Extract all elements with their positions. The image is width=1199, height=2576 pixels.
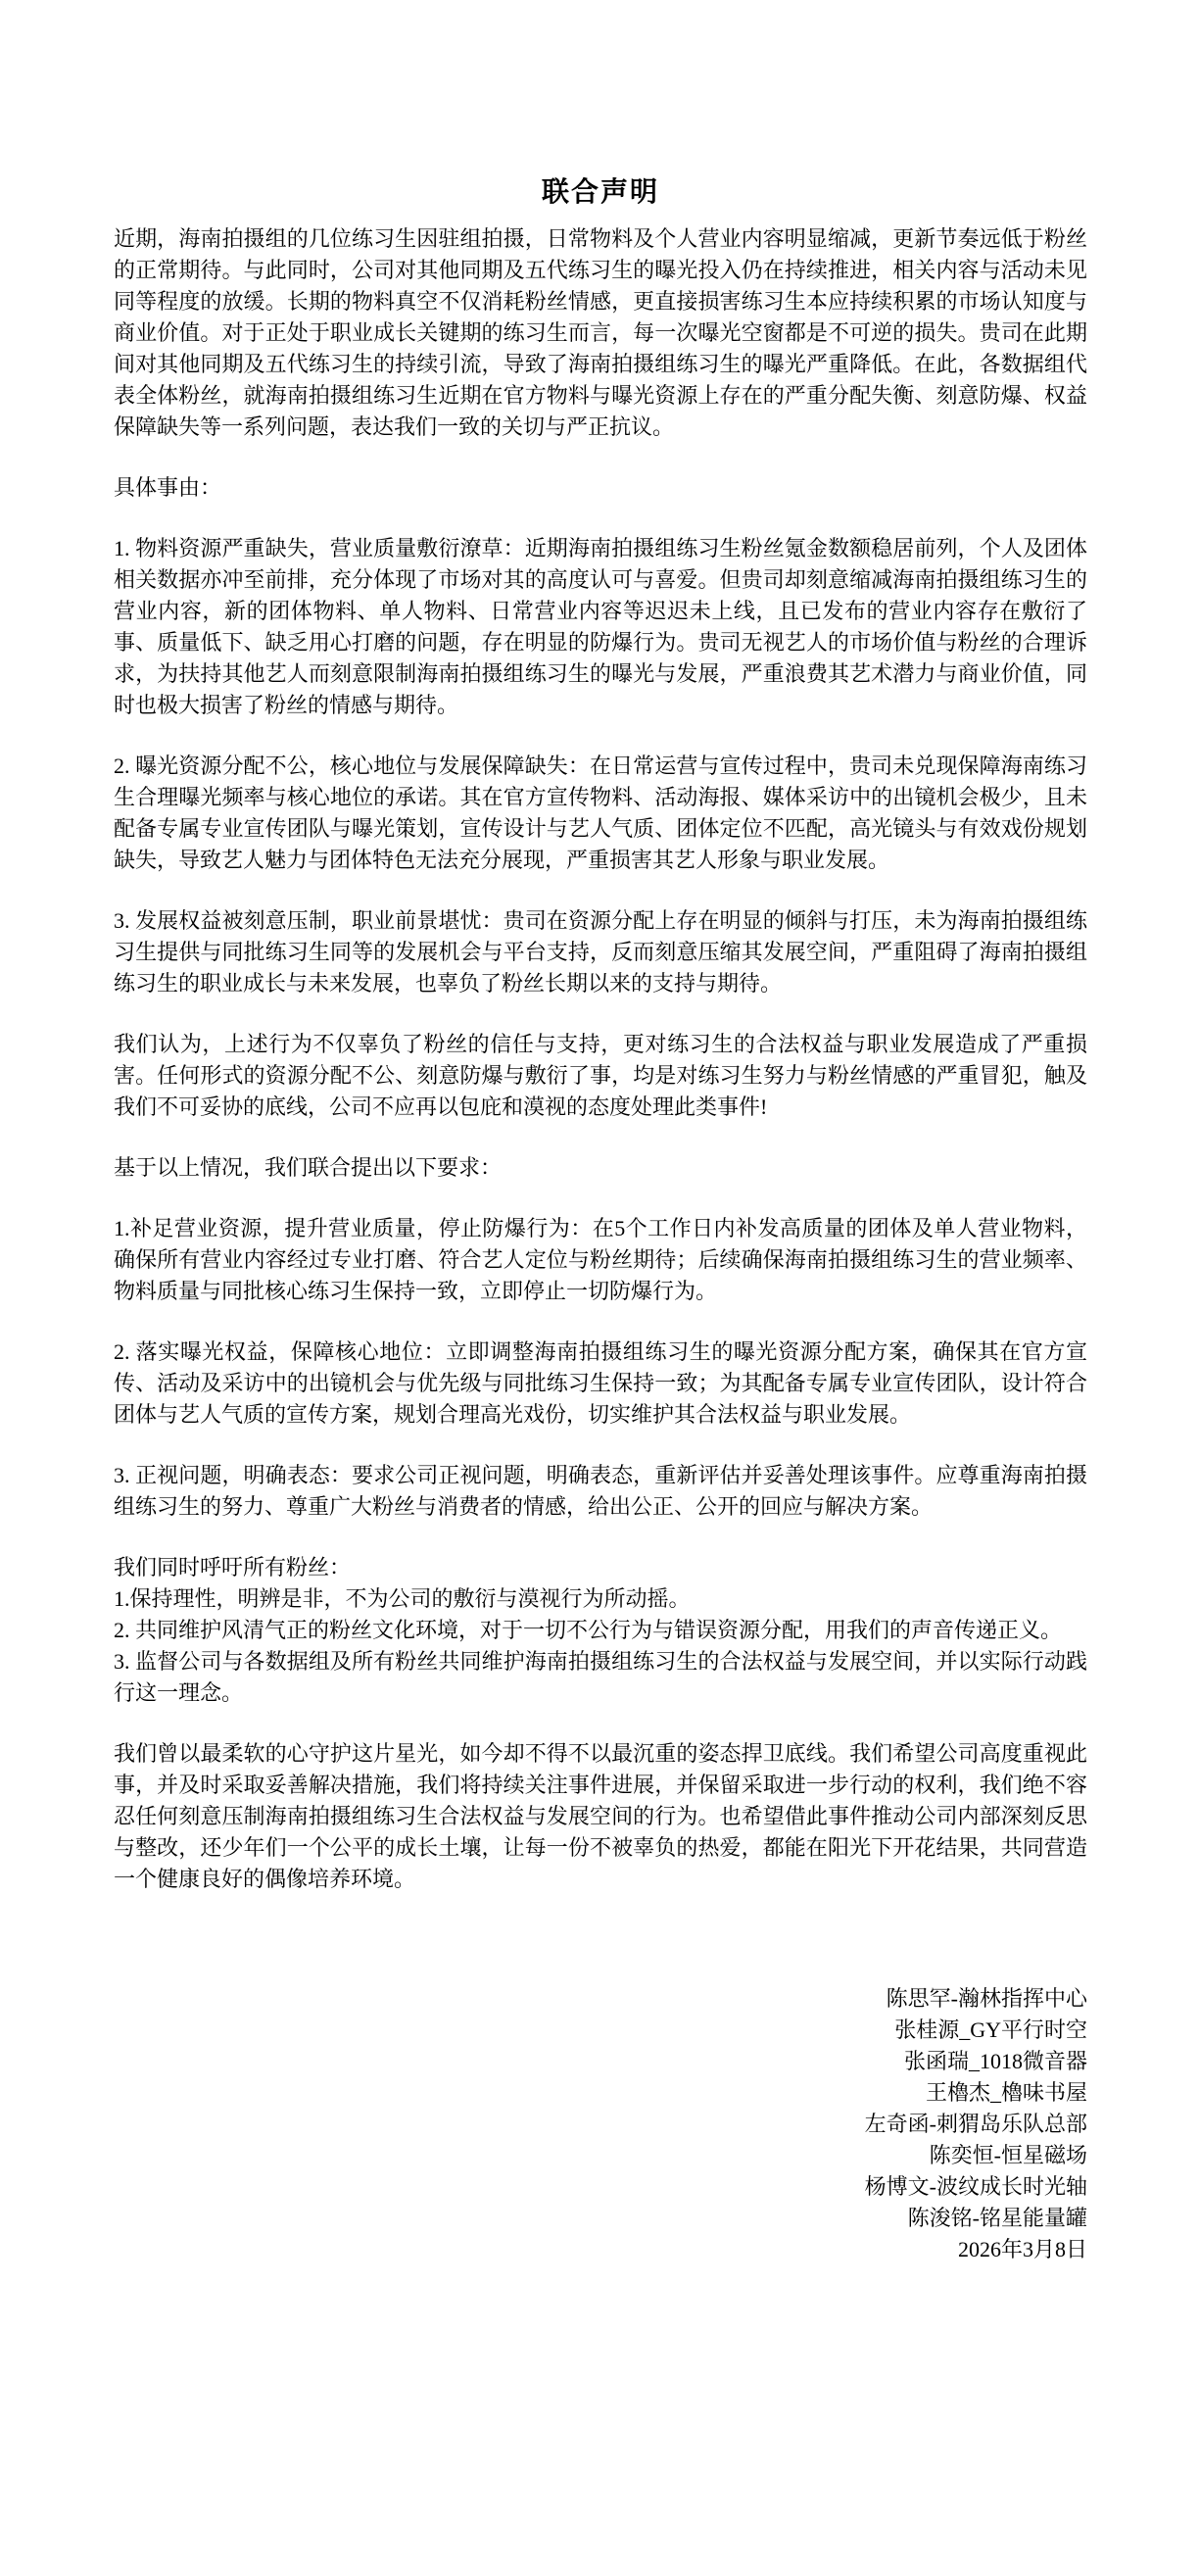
assessment-paragraph: 我们认为，上述行为不仅辜负了粉丝的信任与支持，更对练习生的合法权益与职业发展造成… (114, 1029, 1087, 1123)
intro-paragraph: 近期，海南拍摄组的几位练习生因驻组拍摄，日常物料及个人营业内容明显缩减，更新节奏… (114, 223, 1087, 443)
demands-intro: 基于以上情况，我们联合提出以下要求： (114, 1152, 1087, 1184)
signature-line-8: 陈浚铭-铭星能量罐 (114, 2203, 1087, 2234)
signature-line-6: 陈奕恒-恒星磁场 (114, 2140, 1087, 2171)
appeal-item-3: 3. 监督公司与各数据组及所有粉丝共同维护海南拍摄组练习生的合法权益与发展空间，… (114, 1646, 1087, 1709)
demand-item-1: 1.补足营业资源，提升营业质量，停止防爆行为：在5个工作日内补发高质量的团体及单… (114, 1213, 1087, 1307)
signature-block: 陈思罕-瀚林指挥中心 张桂源_GY平行时空 张函瑞_1018微音器 王櫓杰_櫓味… (114, 1983, 1087, 2265)
signature-line-5: 左奇函-刺猬岛乐队总部 (114, 2109, 1087, 2140)
appeal-intro: 我们同时呼吁所有粉丝： (114, 1552, 1087, 1583)
reason-item-2: 2. 曝光资源分配不公，核心地位与发展保障缺失：在日常运营与宣传过程中，贵司未兑… (114, 751, 1087, 876)
section-label: 具体事由： (114, 472, 1087, 504)
appeal-block: 我们同时呼吁所有粉丝： 1.保持理性，明辨是非，不为公司的敷衍与漠视行为所动摇。… (114, 1552, 1087, 1709)
document-title: 联合声明 (114, 174, 1087, 210)
reason-item-1: 1. 物料资源严重缺失，营业质量敷衍潦草：近期海南拍摄组练习生粉丝氪金数额稳居前… (114, 533, 1087, 721)
signature-line-3: 张函瑞_1018微音器 (114, 2046, 1087, 2077)
signature-line-7: 杨博文-波纹成长时光轴 (114, 2171, 1087, 2203)
demand-item-2: 2. 落实曝光权益，保障核心地位：立即调整海南拍摄组练习生的曝光资源分配方案，确… (114, 1337, 1087, 1431)
appeal-item-2: 2. 共同维护风清气正的粉丝文化环境，对于一切不公行为与错误资源分配，用我们的声… (114, 1615, 1087, 1646)
reason-item-3: 3. 发展权益被刻意压制，职业前景堪忧：贵司在资源分配上存在明显的倾斜与打压，未… (114, 905, 1087, 999)
signature-line-4: 王櫓杰_櫓味书屋 (114, 2077, 1087, 2109)
signature-line-2: 张桂源_GY平行时空 (114, 2015, 1087, 2046)
appeal-item-1: 1.保持理性，明辨是非，不为公司的敷衍与漠视行为所动摇。 (114, 1583, 1087, 1615)
closing-paragraph: 我们曾以最柔软的心守护这片星光，如今却不得不以最沉重的姿态捍卫底线。我们希望公司… (114, 1738, 1087, 1895)
date-line: 2026年3月8日 (114, 2234, 1087, 2265)
signature-line-1: 陈思罕-瀚林指挥中心 (114, 1983, 1087, 2015)
demand-item-3: 3. 正视问题，明确表态：要求公司正视问题，明确表态，重新评估并妥善处理该事件。… (114, 1460, 1087, 1523)
document-page: 联合声明 近期，海南拍摄组的几位练习生因驻组拍摄，日常物料及个人营业内容明显缩减… (0, 0, 1199, 2576)
